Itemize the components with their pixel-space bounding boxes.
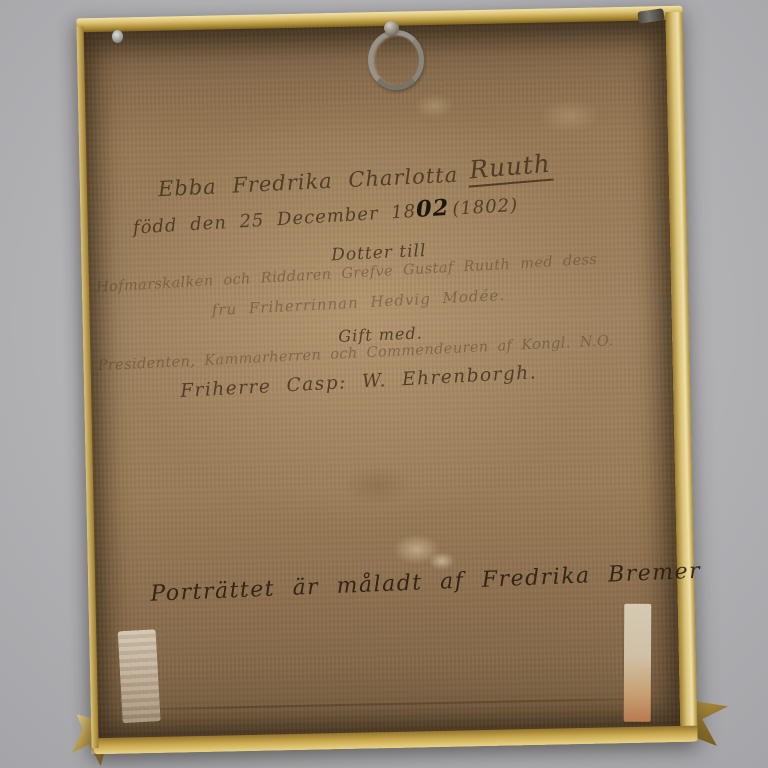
inscription-line-artist: Porträttet är måladt af Fredrika Bremer [150,559,702,607]
name-given: Ebba Fredrika Charlotta [157,163,458,202]
frame-back: Ebba Fredrika CharlottaRuuth född den 25… [76,6,697,755]
paper-label-remnant-left [118,629,161,723]
hanging-ring [368,30,424,90]
birthdate-overwritten-digits: 02 [415,195,450,223]
corner-nail-top-left [112,30,123,43]
stain-spot [539,98,600,133]
stain-spot [429,552,455,571]
paper-label-remnant-right [624,604,652,722]
stain-spot [342,464,413,505]
ring-mount-knob [384,21,399,35]
birthdate-text: född den 25 December 18 [132,201,416,239]
name-surname-underlined: Ruuth [467,149,555,188]
birthdate-parenthetical: (1802) [452,195,519,220]
inscription-line-husband-name: Friherre Casp: W. Ehrenborgh. [180,362,538,402]
stain-spot [414,94,454,119]
photograph-of-frame-back: Ebba Fredrika CharlottaRuuth född den 25… [0,0,768,768]
board-seam [111,697,670,711]
stain-spot [393,534,440,565]
backing-board: Ebba Fredrika CharlottaRuuth född den 25… [83,19,681,739]
